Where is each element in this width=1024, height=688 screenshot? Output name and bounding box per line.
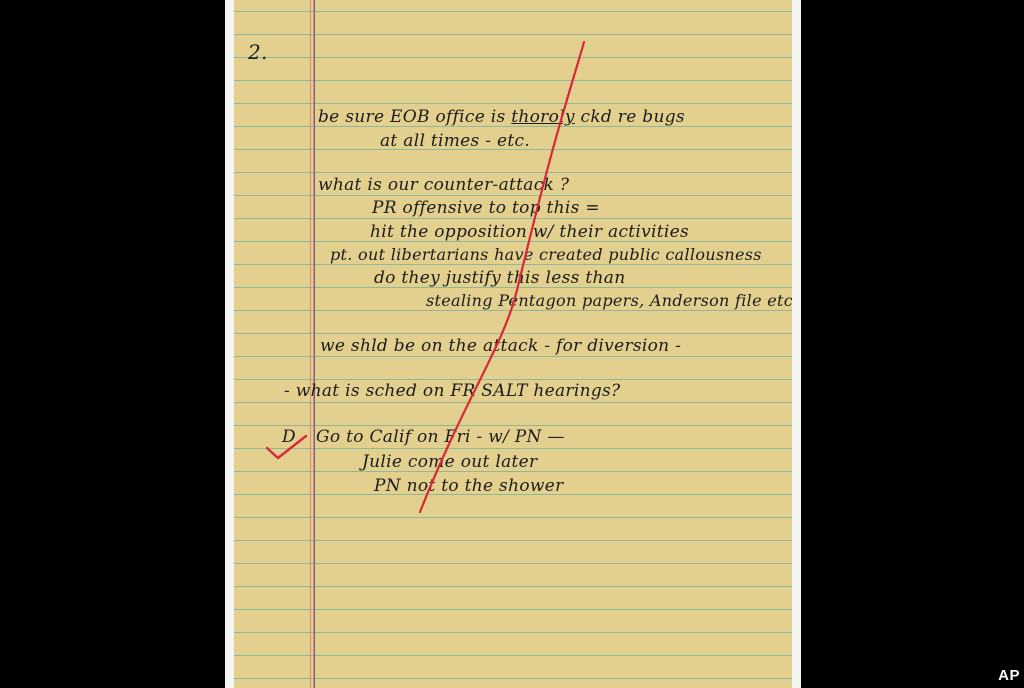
note-line-5: hit the opposition w/ their activities [370, 222, 689, 242]
ap-logo: AP [998, 667, 1020, 684]
note-line-11: Go to Calif on Fri - w/ PN — [316, 427, 565, 447]
note-line-13: PN not to the shower [374, 476, 564, 496]
margin-line-blue [314, 0, 315, 688]
note-line-1-start: be sure EOB office is [318, 107, 511, 127]
note-line-1: be sure EOB office is thoroly ckd re bug… [318, 107, 685, 127]
note-line-9: we shld be on the attack - for diversion… [320, 336, 681, 356]
page-number: 2. [248, 40, 268, 64]
note-line-12: Julie come out later [362, 452, 537, 472]
note-line-6: pt. out libertarians have created public… [330, 245, 762, 264]
note-line-8: stealing Pentagon papers, Anderson file … [426, 291, 792, 310]
margin-line-red [310, 0, 311, 688]
underlined-word: thoroly [511, 107, 575, 127]
note-line-10: - what is sched on FR SALT hearings? [284, 381, 620, 401]
note-line-7: do they justify this less than [374, 268, 625, 288]
note-line-1-end: ckd re bugs [575, 107, 685, 127]
legal-pad-page: 2. be sure EOB office is thoroly ckd re … [234, 0, 792, 688]
note-line-4: PR offensive to top this = [372, 198, 600, 218]
note-line-2: at all times - etc. [380, 131, 530, 151]
note-line-3: what is our counter-attack ? [318, 175, 569, 195]
note-line-11-bullet: D [282, 427, 296, 447]
